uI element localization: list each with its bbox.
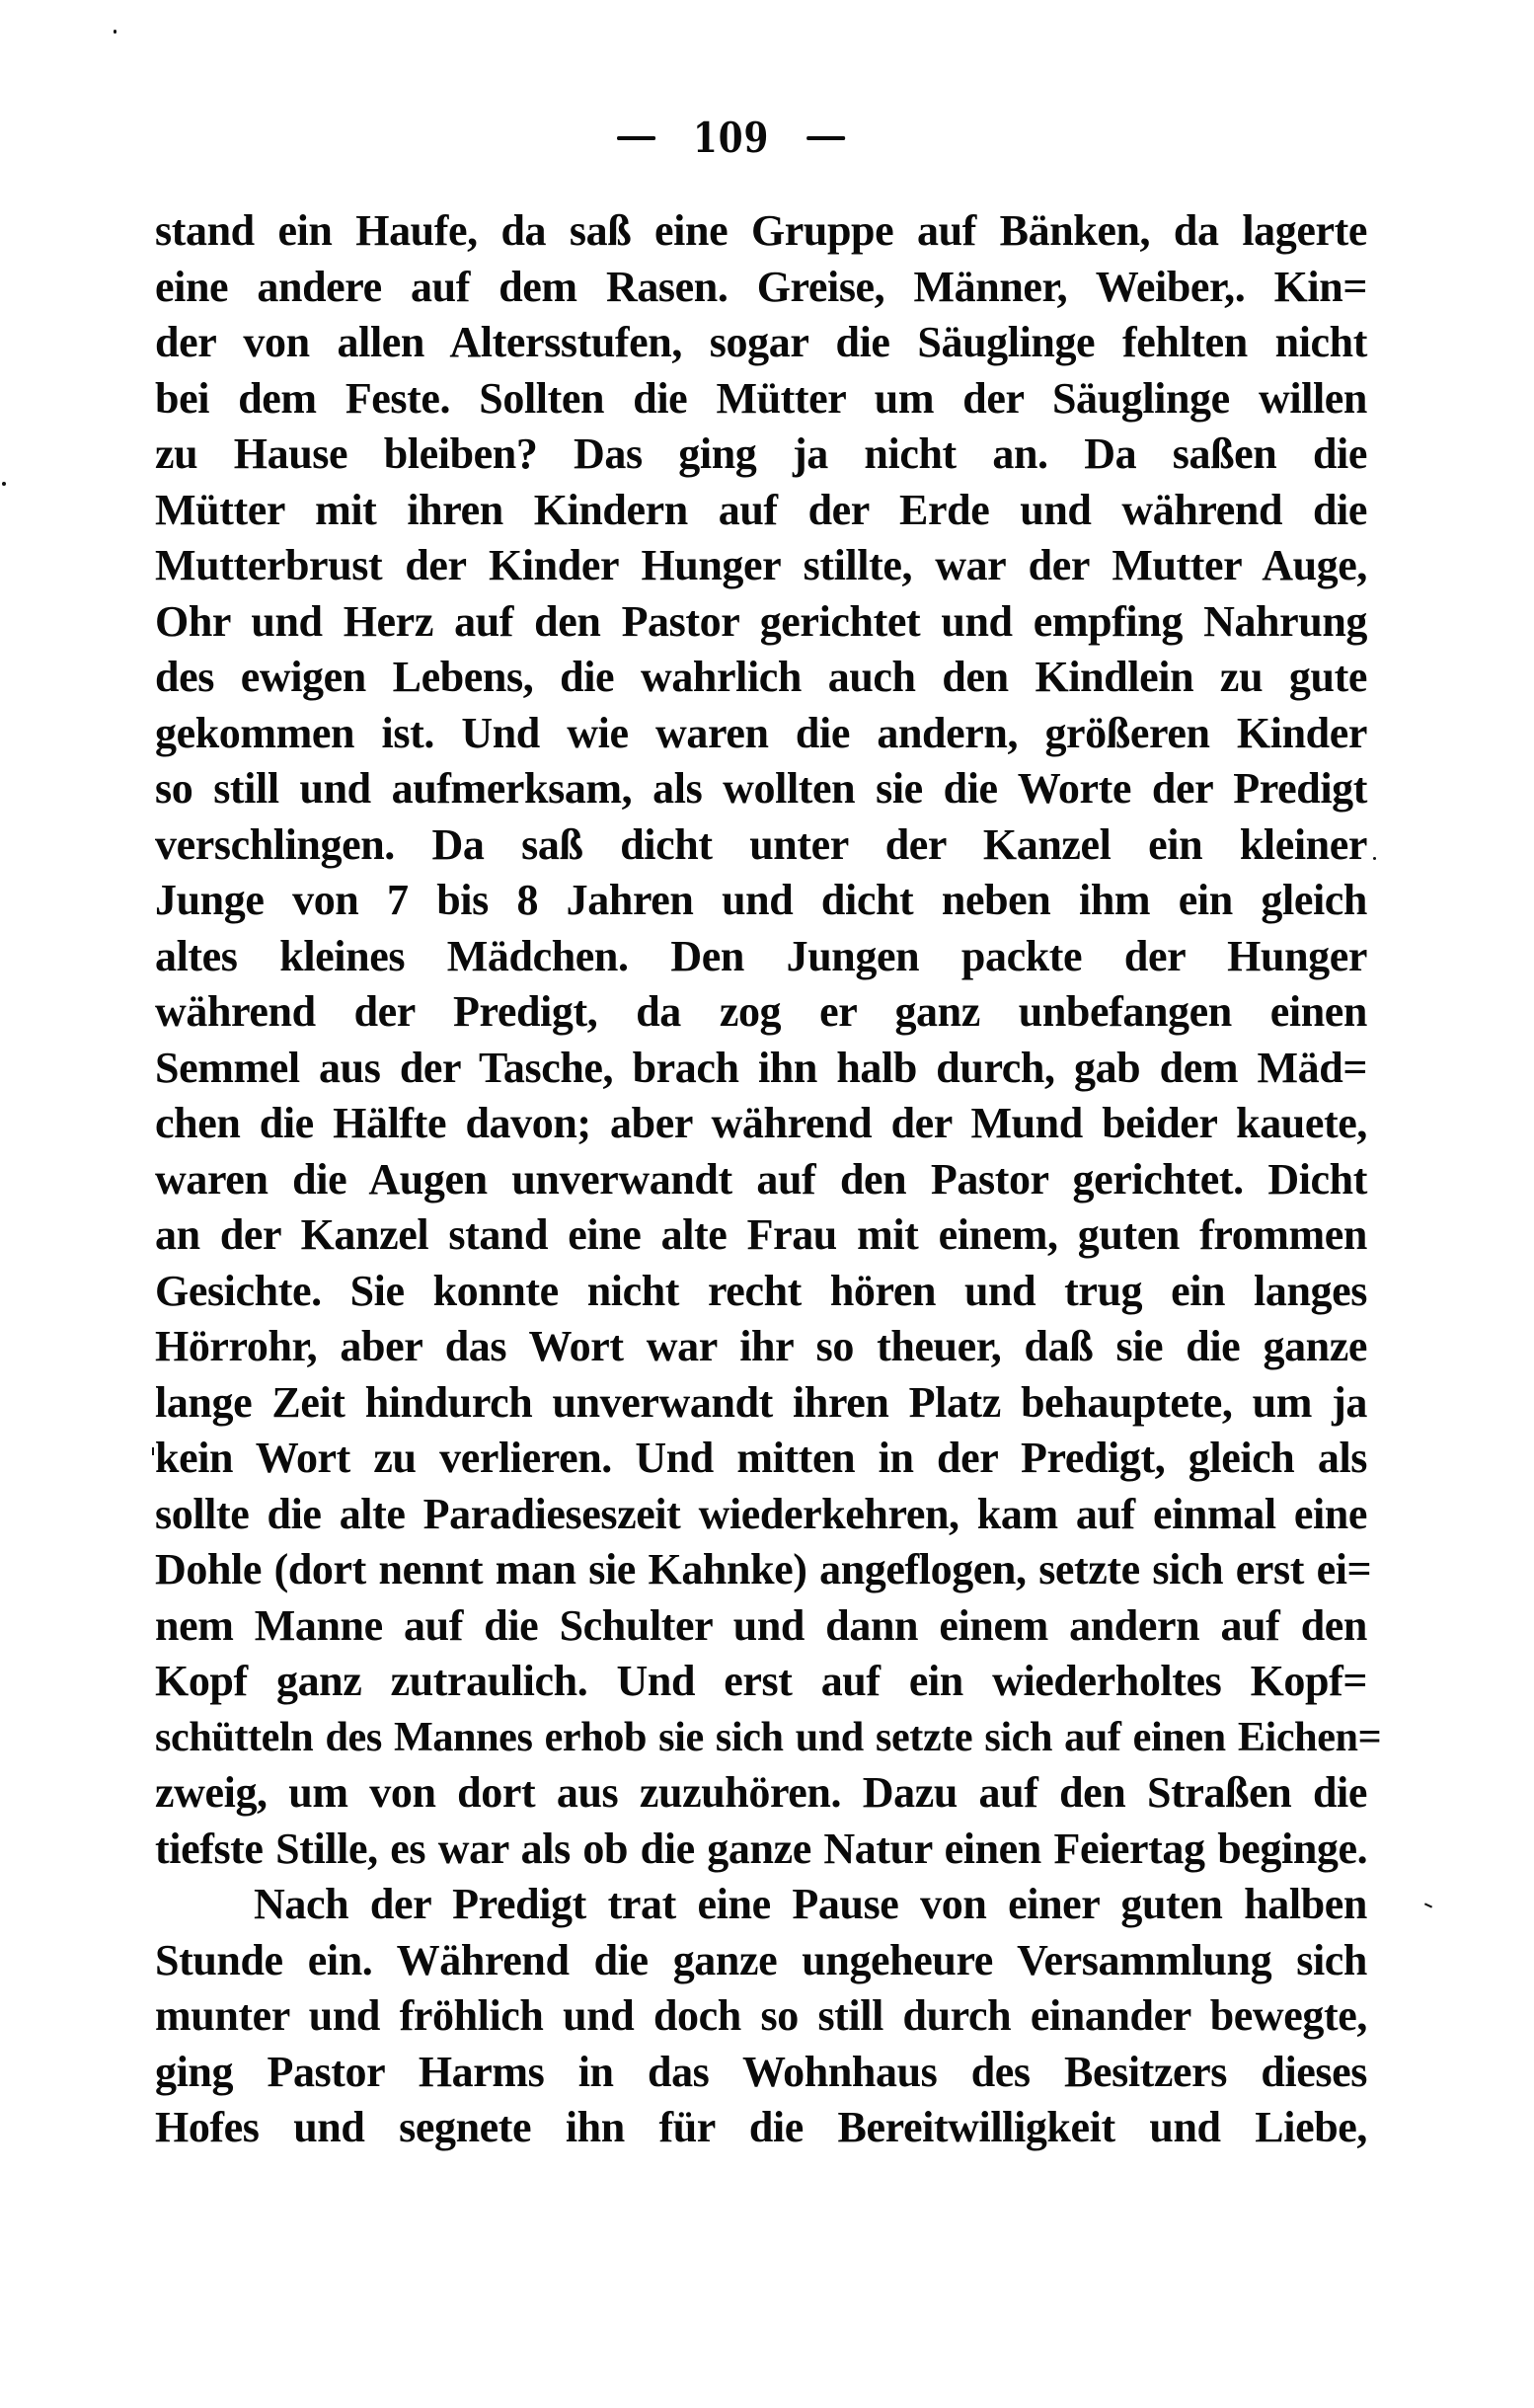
text-line: Mütter mit ihren Kindern auf der Erde un… bbox=[155, 483, 1367, 539]
text-line: sollte die alte Paradieseszeit wiederkeh… bbox=[155, 1487, 1367, 1543]
text-line: zweig, um von dort aus zuzuhören. Dazu a… bbox=[155, 1765, 1367, 1822]
scan-speck bbox=[152, 1447, 154, 1455]
text-line: verschlingen. Da saß dicht unter der Kan… bbox=[155, 817, 1367, 874]
page-number: 109 bbox=[693, 117, 769, 160]
scan-speck bbox=[114, 30, 116, 34]
text-line: zu Hause bleiben? Das ging ja nicht an. … bbox=[155, 427, 1367, 483]
text-line: waren die Augen unverwandt auf den Pasto… bbox=[155, 1152, 1367, 1208]
text-line: Kopf ganz zutraulich. Und erst auf ein w… bbox=[155, 1654, 1367, 1710]
left-dash bbox=[617, 136, 655, 140]
text-line: stand ein Haufe, da saß eine Gruppe auf … bbox=[155, 203, 1367, 260]
text-line: Gesichte. Sie konnte nicht recht hören u… bbox=[155, 1264, 1367, 1320]
text-line: Semmel aus der Tasche, brach ihn halb du… bbox=[155, 1041, 1367, 1097]
scan-speck bbox=[2, 482, 6, 486]
text-line: lange Zeit hindurch unverwandt ihren Pla… bbox=[155, 1375, 1367, 1432]
text-line: ging Pastor Harms in das Wohnhaus des Be… bbox=[155, 2045, 1367, 2101]
text-line: Nach der Predigt trat eine Pause von ein… bbox=[155, 1877, 1367, 1933]
running-head: 109 bbox=[617, 117, 845, 160]
text-line: Dohle (dort nennt man sie Kahnke) angefl… bbox=[155, 1542, 1367, 1598]
text-line: bei dem Feste. Sollten die Mütter um der… bbox=[155, 371, 1367, 427]
text-line: so still und aufmerksam, als wollten sie… bbox=[155, 761, 1367, 817]
text-line: Stunde ein. Während die ganze ungeheure … bbox=[155, 1933, 1367, 1989]
text-line: während der Predigt, da zog er ganz unbe… bbox=[155, 984, 1367, 1041]
text-line: Mutterbrust der Kinder Hunger stillte, w… bbox=[155, 538, 1367, 594]
text-line: kein Wort zu verlieren. Und mitten in de… bbox=[155, 1431, 1367, 1487]
right-dash bbox=[806, 136, 845, 140]
scan-speck bbox=[1424, 1903, 1432, 1907]
body-text: stand ein Haufe, da saß eine Gruppe auf … bbox=[155, 203, 1367, 2156]
text-line: Junge von 7 bis 8 Jahren und dicht neben… bbox=[155, 873, 1367, 929]
text-line: Hofes und segnete ihn für die Bereitwill… bbox=[155, 2100, 1367, 2156]
book-page: 109 stand ein Haufe, da saß eine Gruppe … bbox=[0, 0, 1534, 2408]
text-line: an der Kanzel stand eine alte Frau mit e… bbox=[155, 1207, 1367, 1264]
scan-speck bbox=[1373, 857, 1376, 860]
text-line: Hörrohr, aber das Wort war ihr so theuer… bbox=[155, 1319, 1367, 1375]
text-line: gekommen ist. Und wie waren die andern, … bbox=[155, 706, 1367, 762]
paragraph-2: Nach der Predigt trat eine Pause von ein… bbox=[155, 1877, 1367, 2156]
text-line: Ohr und Herz auf den Pastor gerichtet un… bbox=[155, 594, 1367, 651]
text-line: der von allen Altersstufen, sogar die Sä… bbox=[155, 315, 1367, 371]
text-line: nem Manne auf die Schulter und dann eine… bbox=[155, 1598, 1367, 1655]
text-line: tiefste Stille, es war als ob die ganze … bbox=[155, 1822, 1367, 1878]
text-line: eine andere auf dem Rasen. Greise, Männe… bbox=[155, 260, 1367, 316]
text-line: altes kleines Mädchen. Den Jungen packte… bbox=[155, 929, 1367, 985]
text-line: chen die Hälfte davon; aber während der … bbox=[155, 1096, 1367, 1152]
text-line: schütteln des Mannes erhob sie sich und … bbox=[155, 1710, 1367, 1766]
text-line: munter und fröhlich und doch so still du… bbox=[155, 1988, 1367, 2045]
text-line: des ewigen Lebens, die wahrlich auch den… bbox=[155, 650, 1367, 706]
paragraph-1: stand ein Haufe, da saß eine Gruppe auf … bbox=[155, 203, 1367, 1877]
